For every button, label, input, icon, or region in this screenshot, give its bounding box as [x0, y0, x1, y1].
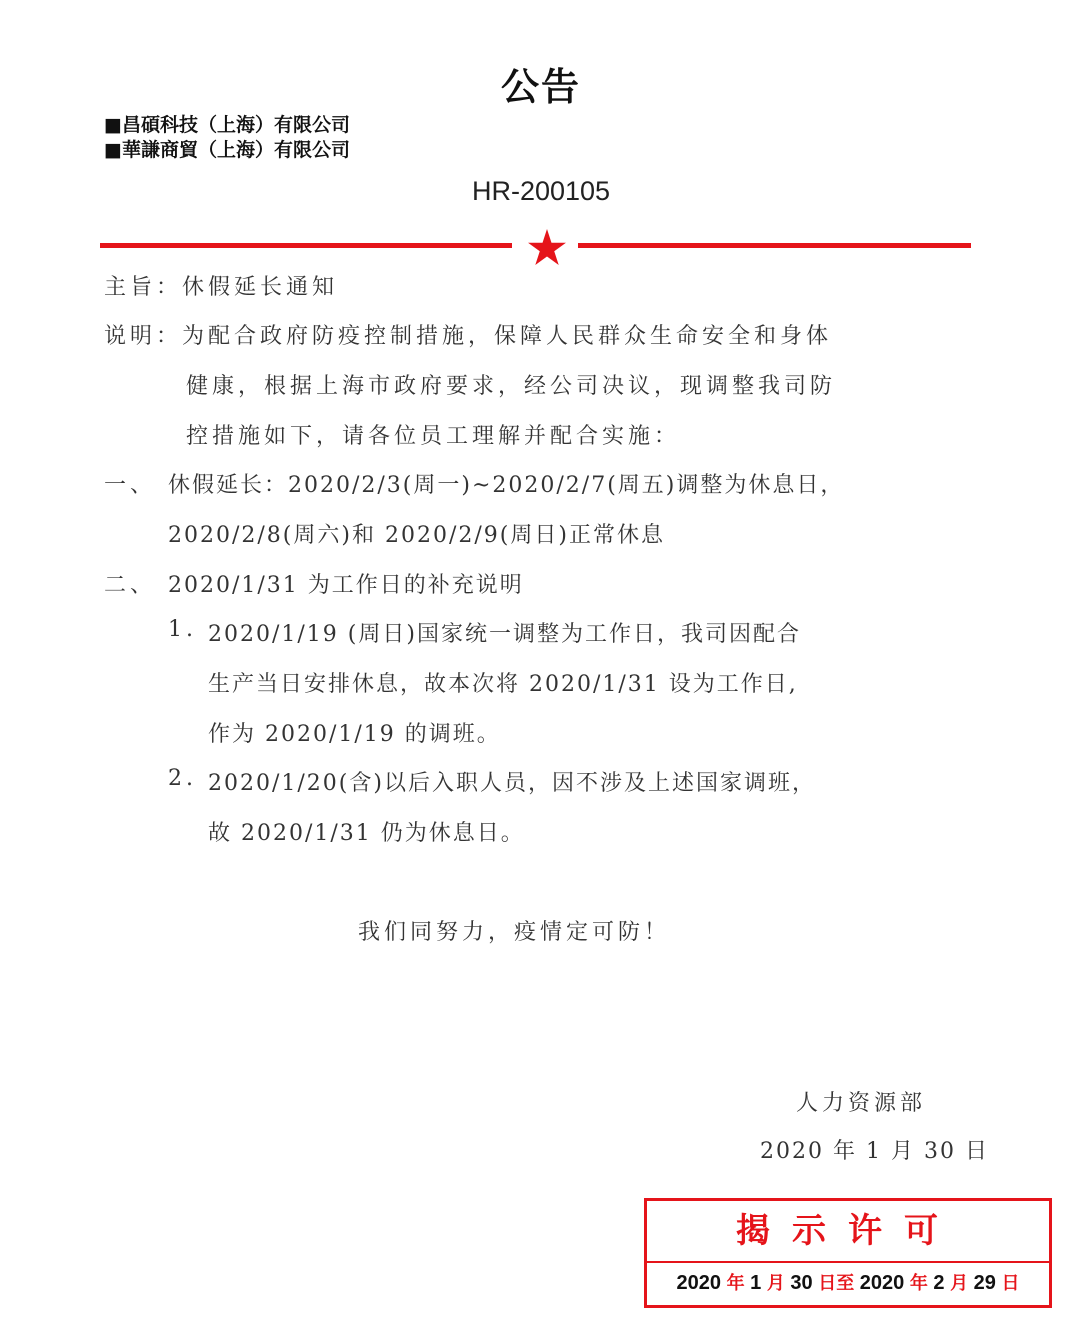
explain-label: 说明：	[104, 324, 182, 349]
stamp-year-char: 年	[910, 1273, 928, 1294]
subitem-1-line-1: 2020/1/19 (周日)国家统一调整为工作日，我司因配合	[208, 617, 801, 648]
document-title: 公告	[0, 56, 1082, 111]
explain-text: 为配合政府防疫控制措施，保障人民群众生命安全和身体	[182, 324, 832, 349]
item-1-line-1: 休假延长：2020/2/3(周一)~2020/2/7(周五)调整为休息日，	[168, 468, 844, 499]
divider-right	[578, 243, 971, 248]
subitem-1-marker: 1.	[168, 617, 197, 642]
item-2-marker: 二、	[104, 568, 156, 599]
stamp-day-char: 日	[1001, 1273, 1019, 1294]
company-name-2: ■華謙商貿（上海）有限公司	[104, 135, 350, 162]
stamp-month-char: 月	[767, 1273, 785, 1294]
explain-line-2: 健康，根据上海市政府要求，经公司决议，现调整我司防	[186, 369, 836, 400]
signature-department: 人力资源部	[796, 1086, 926, 1117]
subitem-2-line-1: 2020/1/20(含)以后入职人员，因不涉及上述国家调班，	[208, 766, 816, 797]
subitem-2-marker: 2.	[168, 766, 197, 791]
star-icon	[528, 229, 566, 265]
subject-text: 休假延长通知	[182, 275, 338, 300]
stamp-start-day: 30	[790, 1272, 812, 1294]
stamp-title: 揭示许可	[647, 1201, 1049, 1263]
posting-permit-stamp: 揭示许可 2020 年 1 月 30 日至 2020 年 2 月 29 日	[644, 1198, 1052, 1308]
subitem-1-line-2: 生产当日安排休息，故本次将 2020/1/31 设为工作日,	[208, 667, 798, 698]
subject-line: 主旨：休假延长通知	[104, 270, 338, 301]
item-1-line-2: 2020/2/8(周六)和 2020/2/9(周日)正常休息	[168, 518, 665, 549]
explain-line-3: 控措施如下，请各位员工理解并配合实施：	[186, 419, 680, 450]
item-2-line-1: 2020/1/31 为工作日的补充说明	[168, 568, 524, 599]
subject-label: 主旨：	[104, 275, 182, 300]
subitem-1-line-3: 作为 2020/1/19 的调班。	[208, 717, 501, 748]
stamp-month-char: 月	[950, 1273, 968, 1294]
slogan: 我们同努力，疫情定可防！	[358, 915, 670, 946]
signature-date: 2020 年 1 月 30 日	[760, 1134, 989, 1165]
stamp-end-year: 2020	[860, 1272, 905, 1294]
explain-line-1: 说明：为配合政府防疫控制措施，保障人民群众生命安全和身体	[104, 319, 832, 350]
stamp-day-to-char: 日至	[818, 1273, 854, 1294]
stamp-start-month: 1	[750, 1272, 761, 1294]
stamp-start-year: 2020	[677, 1272, 722, 1294]
company-name-1: ■昌碩科技（上海）有限公司	[104, 110, 350, 137]
stamp-year-char: 年	[727, 1273, 745, 1294]
stamp-end-month: 2	[933, 1272, 944, 1294]
stamp-date-range: 2020 年 1 月 30 日至 2020 年 2 月 29 日	[647, 1263, 1049, 1304]
item-1-marker: 一、	[104, 468, 156, 499]
subitem-2-line-2: 故 2020/1/31 仍为休息日。	[208, 816, 525, 847]
stamp-end-day: 29	[974, 1272, 996, 1294]
document-number: HR-200105	[0, 176, 1082, 207]
divider-left	[100, 243, 512, 248]
